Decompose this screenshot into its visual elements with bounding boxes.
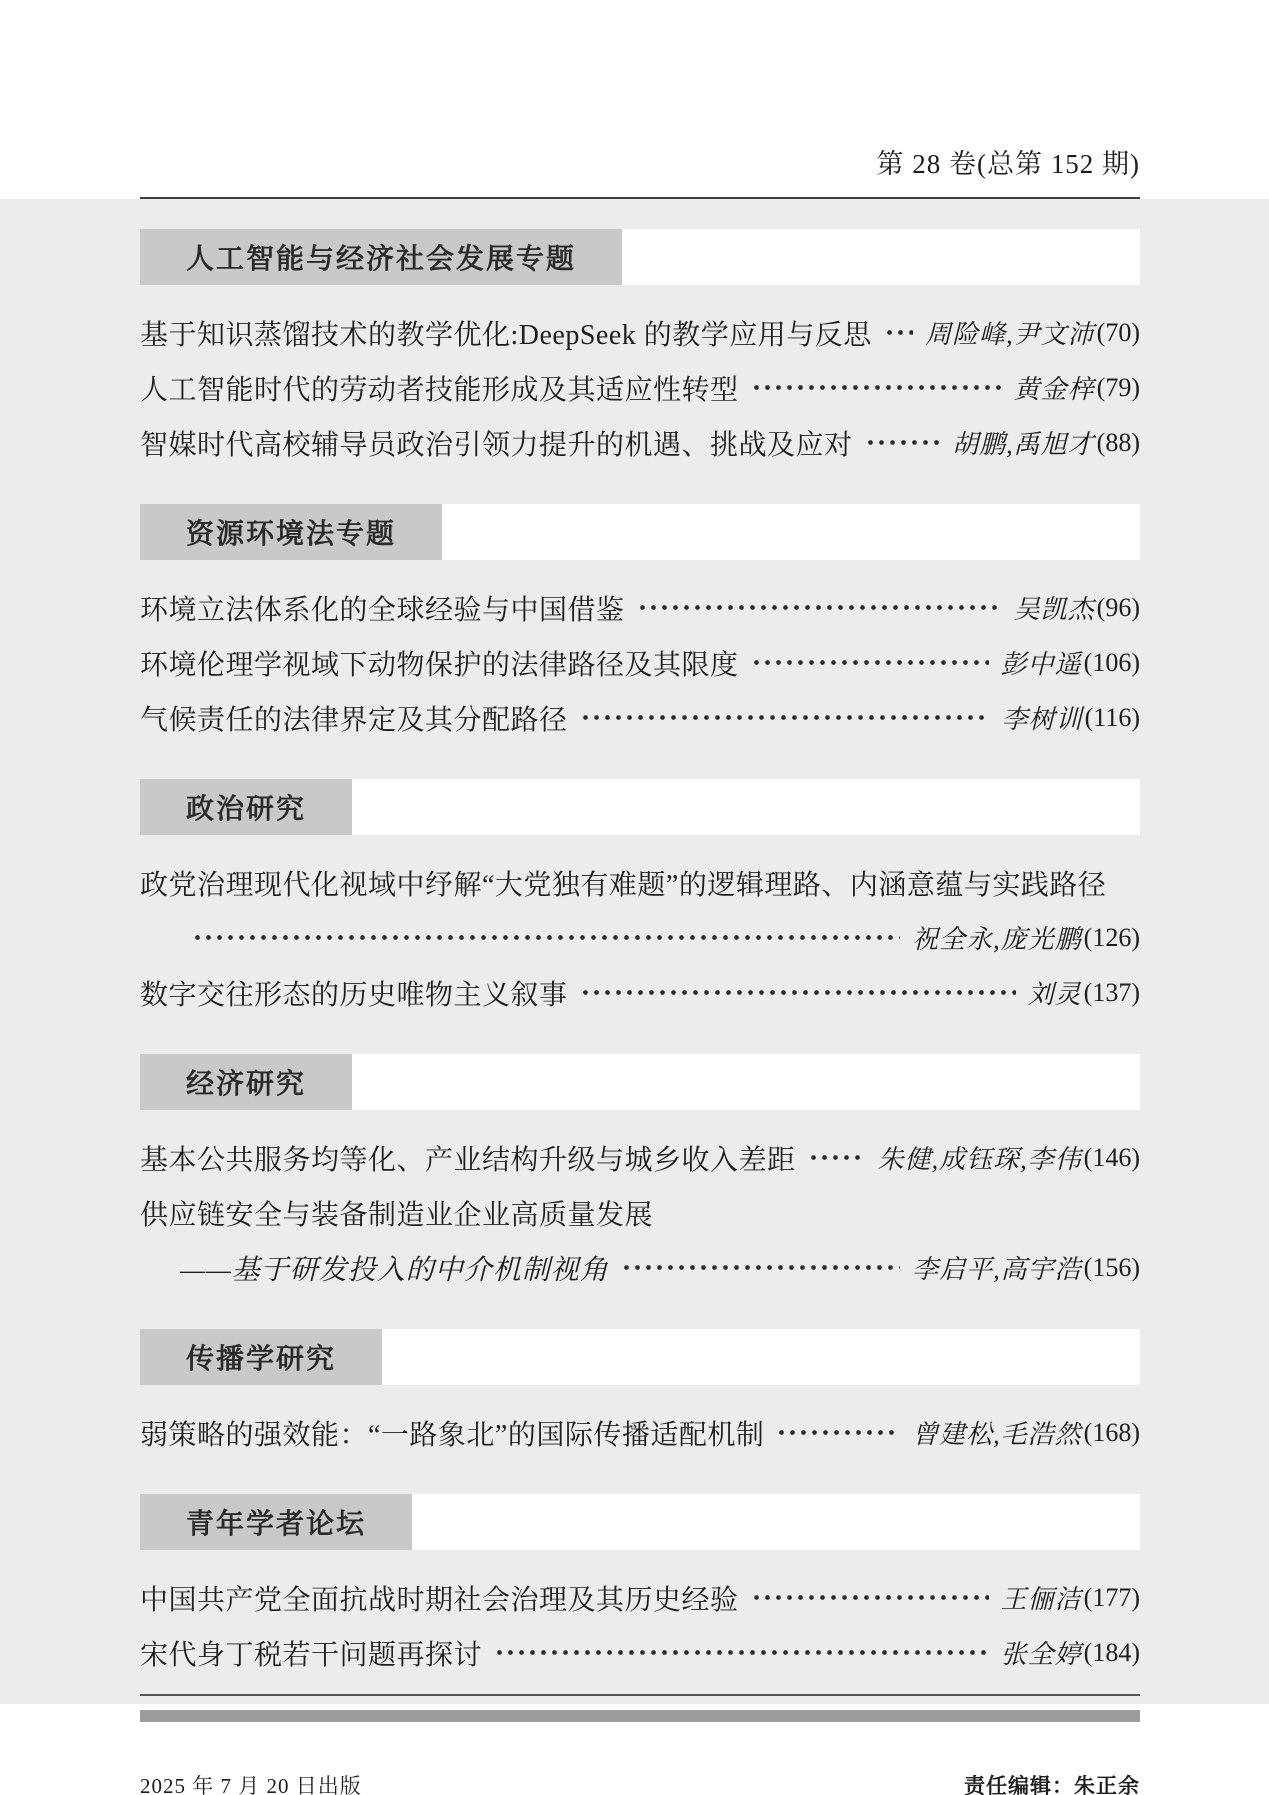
title-line: 供应链安全与装备制造业企业高质量发展 xyxy=(140,1185,1140,1240)
article-page: (126) xyxy=(1084,923,1140,953)
toc-section: 资源环境法专题 环境立法体系化的全球经验与中国借鉴 吴凯杰 (96) 环境伦理学… xyxy=(140,504,1140,745)
dot-leader xyxy=(637,580,1002,635)
bottom-thin-rule xyxy=(140,1694,1140,1696)
toc-entry: 中国共产党全面抗战时期社会治理及其历史经验 王俪洁 (177) xyxy=(140,1570,1140,1625)
article-title: 智媒时代高校辅导员政治引领力提升的机遇、挑战及应对 xyxy=(140,423,853,463)
article-title: 环境立法体系化的全球经验与中国借鉴 xyxy=(140,588,625,628)
dot-leader xyxy=(192,910,900,965)
article-title: 弱策略的强效能：“一路象北”的国际传播适配机制 xyxy=(140,1413,764,1453)
article-authors: 李启平,高宇浩 xyxy=(912,1249,1082,1286)
dot-leader xyxy=(808,1130,866,1185)
toc-entry: 数字交往形态的历史唯物主义叙事 刘灵 (137) xyxy=(140,965,1140,1020)
article-authors: 胡鹏,禹旭才 xyxy=(952,424,1095,461)
article-page: (156) xyxy=(1084,1253,1140,1283)
toc-entry: 环境伦理学视域下动物保护的法律路径及其限度 彭中遥 (106) xyxy=(140,635,1140,690)
toc-section: 经济研究 基本公共服务均等化、产业结构升级与城乡收入差距 朱健,成钰琛,李伟 (… xyxy=(140,1054,1140,1295)
dot-leader xyxy=(884,305,913,360)
article-authors: 周险峰,尹文沛 xyxy=(925,314,1095,351)
header-rule: 第 28 卷(总第 152 期) xyxy=(140,0,1140,199)
article-authors: 祝全永,庞光鹏 xyxy=(912,919,1082,956)
article-authors: 吴凯杰 xyxy=(1014,589,1095,626)
article-title: 基本公共服务均等化、产业结构升级与城乡收入差距 xyxy=(140,1138,796,1178)
article-title: 数字交往形态的历史唯物主义叙事 xyxy=(140,973,568,1013)
article-title: 供应链安全与装备制造业企业高质量发展 xyxy=(140,1193,653,1233)
section-header-box: 经济研究 xyxy=(140,1054,352,1110)
article-authors: 张全婷 xyxy=(1001,1634,1082,1671)
article-title: 气候责任的法律界定及其分配路径 xyxy=(140,698,568,738)
article-list: 环境立法体系化的全球经验与中国借鉴 吴凯杰 (96) 环境伦理学视域下动物保护的… xyxy=(140,580,1140,745)
toc-section: 青年学者论坛 中国共产党全面抗战时期社会治理及其历史经验 王俪洁 (177) 宋… xyxy=(140,1494,1140,1680)
article-authors: 李树训 xyxy=(1002,699,1083,736)
toc-entry-two-line: 政党治理现代化视域中纾解“大党独有难题”的逻辑理路、内涵意蕴与实践路径 祝全永,… xyxy=(140,855,1140,965)
bottom-bar xyxy=(140,1710,1140,1722)
section-header-box: 青年学者论坛 xyxy=(140,1494,412,1550)
section-header-row: 经济研究 xyxy=(140,1054,1140,1110)
toc-entry: 弱策略的强效能：“一路象北”的国际传播适配机制 曾建松,毛浩然 (168) xyxy=(140,1405,1140,1460)
article-page: (184) xyxy=(1084,1638,1140,1668)
article-title: 基于知识蒸馏技术的教学优化:DeepSeek 的教学应用与反思 xyxy=(140,313,872,353)
article-list: 基本公共服务均等化、产业结构升级与城乡收入差距 朱健,成钰琛,李伟 (146) … xyxy=(140,1130,1140,1295)
article-page: (96) xyxy=(1097,593,1140,623)
article-list: 中国共产党全面抗战时期社会治理及其历史经验 王俪洁 (177) 宋代身丁税若干问… xyxy=(140,1570,1140,1680)
toc-entry: 智媒时代高校辅导员政治引领力提升的机遇、挑战及应对 胡鹏,禹旭才 (88) xyxy=(140,415,1140,470)
section-title: 政治研究 xyxy=(186,787,306,827)
section-header-row: 政治研究 xyxy=(140,779,1140,835)
issue-label: 第 28 卷(总第 152 期) xyxy=(877,142,1140,181)
article-page: (177) xyxy=(1084,1583,1140,1613)
toc-section: 传播学研究 弱策略的强效能：“一路象北”的国际传播适配机制 曾建松,毛浩然 (1… xyxy=(140,1329,1140,1460)
page-footer: 2025 年 7 月 20 日出版 责任编辑：朱正余 xyxy=(140,1770,1140,1795)
article-page: (106) xyxy=(1084,648,1140,678)
section-header-row: 青年学者论坛 xyxy=(140,1494,1140,1550)
dot-leader xyxy=(751,635,989,690)
toc-section: 人工智能与经济社会发展专题 基于知识蒸馏技术的教学优化:DeepSeek 的教学… xyxy=(140,229,1140,470)
article-page: (79) xyxy=(1097,373,1140,403)
section-title: 经济研究 xyxy=(186,1062,306,1102)
article-list: 基于知识蒸馏技术的教学优化:DeepSeek 的教学应用与反思 周险峰,尹文沛 … xyxy=(140,305,1140,470)
article-title: 宋代身丁税若干问题再探讨 xyxy=(140,1633,482,1673)
dot-leader xyxy=(621,1240,900,1295)
toc-section: 政治研究 政党治理现代化视域中纾解“大党独有难题”的逻辑理路、内涵意蕴与实践路径… xyxy=(140,779,1140,1020)
dot-leader xyxy=(751,360,1002,415)
section-title: 传播学研究 xyxy=(186,1337,336,1377)
toc-entry: 基本公共服务均等化、产业结构升级与城乡收入差距 朱健,成钰琛,李伟 (146) xyxy=(140,1130,1140,1185)
article-list: 弱策略的强效能：“一路象北”的国际传播适配机制 曾建松,毛浩然 (168) xyxy=(140,1405,1140,1460)
article-authors: 王俪洁 xyxy=(1001,1579,1082,1616)
section-header-row: 传播学研究 xyxy=(140,1329,1140,1385)
dot-leader xyxy=(865,415,941,470)
publish-date: 2025 年 7 月 20 日出版 xyxy=(140,1770,362,1795)
article-authors: 彭中遥 xyxy=(1001,644,1082,681)
article-title: 中国共产党全面抗战时期社会治理及其历史经验 xyxy=(140,1578,739,1618)
toc-entry: 宋代身丁税若干问题再探讨 张全婷 (184) xyxy=(140,1625,1140,1680)
dot-leader xyxy=(494,1625,989,1680)
section-title: 资源环境法专题 xyxy=(186,512,396,552)
article-authors: 黄金梓 xyxy=(1014,369,1095,406)
section-title: 人工智能与经济社会发展专题 xyxy=(186,237,576,277)
article-subtitle: ——基于研发投入的中介机制视角 xyxy=(180,1248,609,1288)
section-header-box: 传播学研究 xyxy=(140,1329,382,1385)
journal-toc-page: 第 28 卷(总第 152 期) 人工智能与经济社会发展专题 基于知识蒸馏技术的… xyxy=(0,0,1269,1795)
article-page: (70) xyxy=(1097,318,1140,348)
section-header-box: 政治研究 xyxy=(140,779,352,835)
dot-leader xyxy=(751,1570,989,1625)
title-line: 政党治理现代化视域中纾解“大党独有难题”的逻辑理路、内涵意蕴与实践路径 xyxy=(140,855,1140,910)
article-page: (168) xyxy=(1084,1418,1140,1448)
managing-editor: 责任编辑：朱正余 xyxy=(964,1770,1140,1795)
article-title: 环境伦理学视域下动物保护的法律路径及其限度 xyxy=(140,643,739,683)
toc-panel: 人工智能与经济社会发展专题 基于知识蒸馏技术的教学优化:DeepSeek 的教学… xyxy=(0,199,1269,1704)
article-authors: 曾建松,毛浩然 xyxy=(912,1414,1082,1451)
article-authors: 刘灵 xyxy=(1028,974,1082,1011)
article-page: (88) xyxy=(1097,428,1140,458)
article-title: 人工智能时代的劳动者技能形成及其适应性转型 xyxy=(140,368,739,408)
page-header: 第 28 卷(总第 152 期) xyxy=(0,0,1269,199)
article-list: 政党治理现代化视域中纾解“大党独有难题”的逻辑理路、内涵意蕴与实践路径 祝全永,… xyxy=(140,855,1140,1020)
continuation-line: ——基于研发投入的中介机制视角 李启平,高宇浩 (156) xyxy=(140,1240,1140,1295)
toc-entry: 环境立法体系化的全球经验与中国借鉴 吴凯杰 (96) xyxy=(140,580,1140,635)
section-header-box: 资源环境法专题 xyxy=(140,504,442,560)
sections: 人工智能与经济社会发展专题 基于知识蒸馏技术的教学优化:DeepSeek 的教学… xyxy=(140,229,1140,1680)
toc-entry: 气候责任的法律界定及其分配路径 李树训 (116) xyxy=(140,690,1140,745)
article-title: 政党治理现代化视域中纾解“大党独有难题”的逻辑理路、内涵意蕴与实践路径 xyxy=(140,863,1106,903)
article-page: (146) xyxy=(1084,1143,1140,1173)
toc-entry: 人工智能时代的劳动者技能形成及其适应性转型 黄金梓 (79) xyxy=(140,360,1140,415)
section-header-row: 资源环境法专题 xyxy=(140,504,1140,560)
article-page: (137) xyxy=(1084,978,1140,1008)
article-authors: 朱健,成钰琛,李伟 xyxy=(878,1139,1082,1176)
dot-leader xyxy=(580,965,1016,1020)
dot-leader xyxy=(776,1405,900,1460)
dot-leader xyxy=(580,690,990,745)
article-page: (116) xyxy=(1085,703,1140,733)
continuation-line: 祝全永,庞光鹏 (126) xyxy=(140,910,1140,965)
toc-entry: 基于知识蒸馏技术的教学优化:DeepSeek 的教学应用与反思 周险峰,尹文沛 … xyxy=(140,305,1140,360)
section-header-row: 人工智能与经济社会发展专题 xyxy=(140,229,1140,285)
section-title: 青年学者论坛 xyxy=(186,1502,366,1542)
section-header-box: 人工智能与经济社会发展专题 xyxy=(140,229,622,285)
toc-entry-two-line: 供应链安全与装备制造业企业高质量发展 ——基于研发投入的中介机制视角 李启平,高… xyxy=(140,1185,1140,1295)
